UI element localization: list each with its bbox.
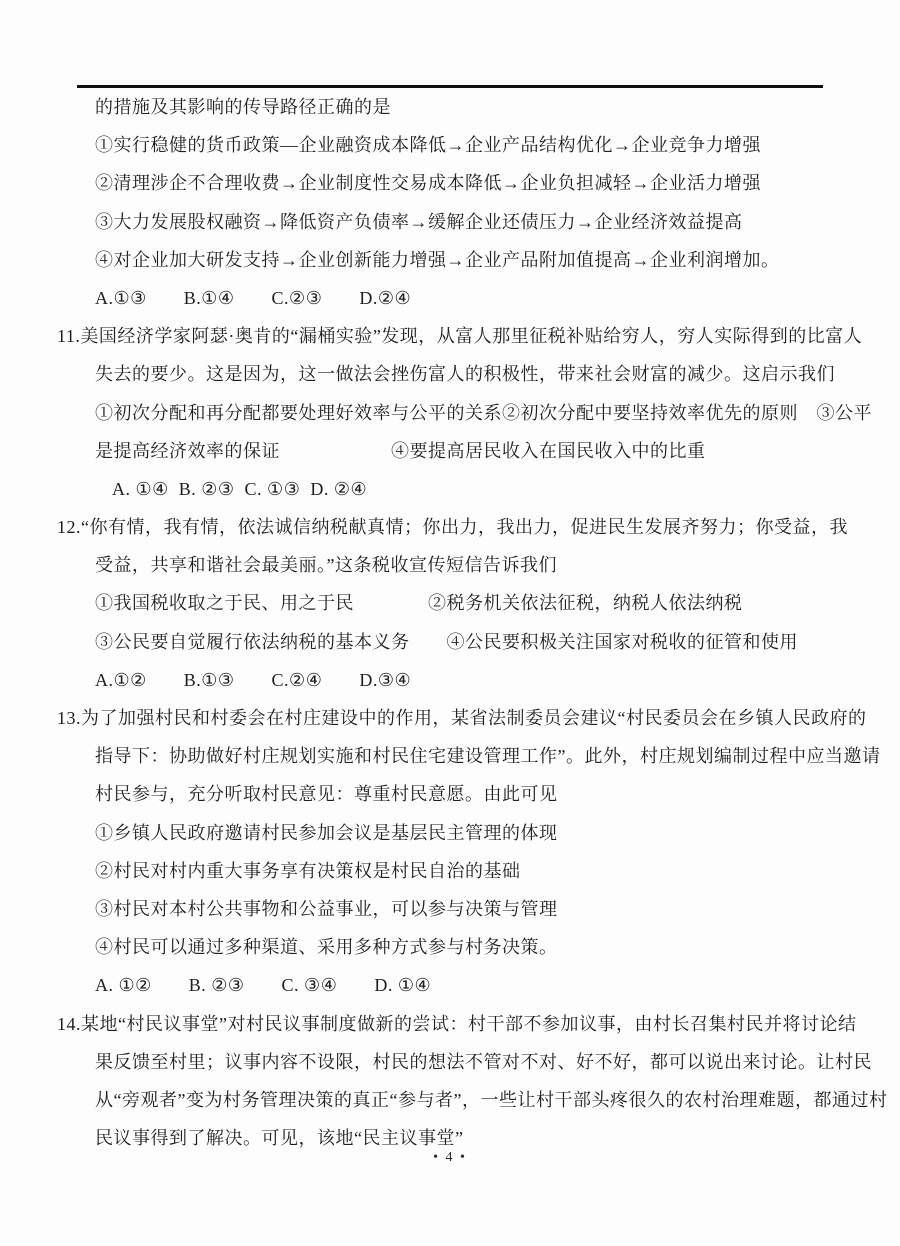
text-line: ③大力发展股权融资→降低资产负债率→缓解企业还债压力→企业经济效益提高 [0,203,900,241]
exam-text-block: 的措施及其影响的传导路径正确的是 ①实行稳健的货币政策—企业融资成本降低→企业产… [0,88,900,1157]
text-line: 是提高经济效率的保证 ④要提高居民收入在国民收入中的比重 [0,432,900,470]
text-line: ③公民要自觉履行依法纳税的基本义务 ④公民要积极关注国家对税收的征管和使用 [0,623,900,661]
answer-options-line: A.①② B.①③ C.②④ D.③④ [0,661,900,699]
text-line: ④对企业加大研发支持→企业创新能力增强→企业产品附加值提高→企业利润增加。 [0,241,900,279]
text-line: ②清理涉企不合理收费→企业制度性交易成本降低→企业负担减轻→企业活力增强 [0,164,900,202]
text-line: 的措施及其影响的传导路径正确的是 [0,88,900,126]
text-line: 受益，共享和谐社会最美丽。”这条税收宣传短信告诉我们 [0,546,900,584]
text-line: 果反馈至村里；议事内容不设限，村民的想法不管对不对、好不好，都可以说出来讨论。让… [0,1043,900,1081]
text-line: ①乡镇人民政府邀请村民参加会议是基层民主管理的体现 [0,814,900,852]
text-line: ④村民可以通过多种渠道、采用多种方式参与村务决策。 [0,928,900,966]
answer-options-line: A.①③ B.①④ C.②③ D.②④ [0,279,900,317]
document-page: 的措施及其影响的传导路径正确的是 ①实行稳健的货币政策—企业融资成本降低→企业产… [0,0,900,1246]
text-line: ②村民对村内重大事务享有决策权是村民自治的基础 [0,852,900,890]
question-14-line: 14.某地“村民议事堂”对村民议事制度做新的尝试：村干部不参加议事，由村长召集村… [0,1005,900,1043]
answer-options-line: A. ①④ B. ②③ C. ①③ D. ②④ [0,470,900,508]
text-line: ③村民对本村公共事物和公益事业，可以参与决策与管理 [0,890,900,928]
page-number: • 4 • [0,1150,900,1166]
answer-options-line: A. ①② B. ②③ C. ③④ D. ①④ [0,966,900,1004]
text-line: 村民参与，充分听取村民意见：尊重村民意愿。由此可见 [0,775,900,813]
question-11-line: 11.美国经济学家阿瑟·奥肯的“漏桶实验”发现，从富人那里征税补贴给穷人，穷人实… [0,317,900,355]
text-line: ①我国税收取之于民、用之于民 ②税务机关依法征税，纳税人依法纳税 [0,584,900,622]
text-line: 从“旁观者”变为村务管理决策的真正“参与者”，一些让村干部头疼很久的农村治理难题… [0,1081,900,1119]
text-line: 失去的要少。这是因为，这一做法会挫伤富人的积极性，带来社会财富的减少。这启示我们 [0,355,900,393]
text-line: 指导下：协助做好村庄规划实施和村民住宅建设管理工作”。此外，村庄规划编制过程中应… [0,737,900,775]
question-13-line: 13.为了加强村民和村委会在村庄建设中的作用，某省法制委员会建议“村民委员会在乡… [0,699,900,737]
text-line: ①初次分配和再分配都要处理好效率与公平的关系②初次分配中要坚持效率优先的原则 ③… [0,394,900,432]
question-12-line: 12.“你有情，我有情，依法诚信纳税献真情；你出力，我出力，促进民生发展齐努力；… [0,508,900,546]
text-line: ①实行稳健的货币政策—企业融资成本降低→企业产品结构优化→企业竞争力增强 [0,126,900,164]
